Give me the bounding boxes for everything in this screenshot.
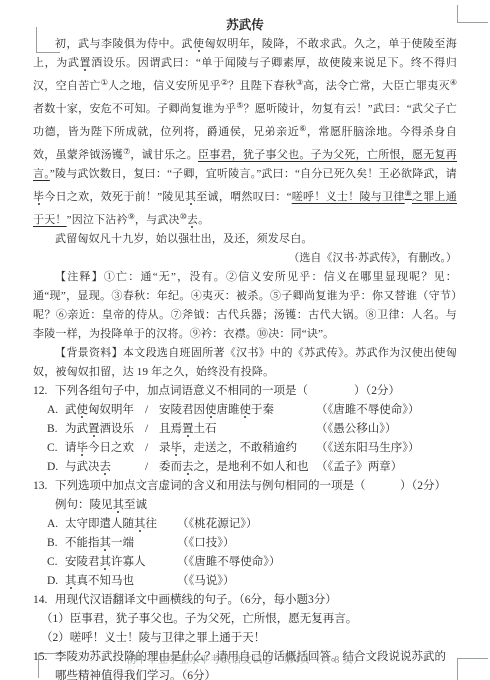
page-content: 苏武传 初，武与李陵俱为侍中。武使匈奴明年，陵降，不敢求武。久之，单于使陵至海上… — [33, 16, 457, 680]
option-source: （《口技》） — [177, 534, 235, 553]
option-phrase: 其真不知马也 — [65, 572, 177, 591]
option-label: B. — [47, 534, 65, 553]
option-label: D. — [47, 572, 65, 591]
option-label: D. — [47, 458, 65, 477]
option-source: （《送东阳马生序》） — [316, 439, 420, 458]
passage-source: （选自《汉书·苏武传》，有删改。） — [33, 249, 457, 268]
option-slash: / — [145, 401, 159, 420]
option-source: （《愚公移山》） — [316, 420, 397, 439]
option-source: （《桃花源记》） — [177, 515, 258, 534]
option-left-phrase: 请毕今日之欢 — [65, 439, 145, 458]
question-number: 14. — [33, 591, 55, 610]
question-number: 12. — [33, 382, 55, 401]
option-right-phrase: 录毕，走送之，不敢稍逾约 — [159, 439, 316, 458]
question-12: 12. 下列各组句子中，加点词语意义不相同的一项是（ ）（2分） A. 武使匈奴… — [33, 382, 457, 477]
question-12-stem: 12. 下列各组句子中，加点词语意义不相同的一项是（ ）（2分） — [33, 382, 457, 401]
option-left-phrase: 与武决去 — [65, 458, 145, 477]
option-source: （《唐雎不辱使命》） — [316, 401, 420, 420]
question-14-item-2: （2）嗟呼！义士！陵与卫律之罪上通于天！ — [33, 629, 457, 648]
question-13-option-a: A. 太守即遣人随其往 （《桃花源记》） — [33, 515, 457, 534]
option-slash: / — [145, 420, 159, 439]
option-source: （《孟子》两章） — [316, 458, 402, 477]
question-14-stem: 14. 用现代汉语翻译文中画横线的句子。（6分，每小题3分） — [33, 591, 457, 610]
question-14: 14. 用现代汉语翻译文中画横线的句子。（6分，每小题3分） （1）臣事君，犹子… — [33, 591, 457, 648]
option-source: （《唐雎不辱使命》） — [177, 553, 281, 572]
option-slash: / — [145, 439, 159, 458]
option-phrase: 太守即遣人随其往 — [65, 515, 177, 534]
option-label: A. — [47, 515, 65, 534]
question-number: 13. — [33, 477, 55, 496]
question-12-option-a: A. 武使匈奴明年 / 安陵君因使唐雎使于秦 （《唐雎不辱使命》） — [33, 401, 457, 420]
question-14-item-1: （1）臣事君，犹子事父也。子为父死，亡所恨，愿无复再言。 — [33, 610, 457, 629]
option-phrase: 不能指其一端 — [65, 534, 177, 553]
option-source: （《马说》） — [177, 572, 235, 591]
question-text: 用现代汉语翻译文中画横线的句子。（6分，每小题3分） — [55, 591, 457, 610]
question-13: 13. 下列选项中加点文言虚词的含义和用法与例句相同的一项是（ ）（2分） 例句… — [33, 477, 457, 591]
option-right-phrase: 安陵君因使唐雎使于秦 — [159, 401, 316, 420]
option-phrase: 安陵君其许寡人 — [65, 553, 177, 572]
question-12-option-d: D. 与武决去 / 委而去之，是地利不如人和也 （《孟子》两章） — [33, 458, 457, 477]
question-13-example: 例句：陵见其至诚 — [33, 496, 457, 515]
option-label: C. — [47, 553, 65, 572]
option-label: B. — [47, 420, 65, 439]
option-left-phrase: 为武置酒设乐 — [65, 420, 145, 439]
option-label: A. — [47, 401, 65, 420]
question-13-option-d: D. 其真不知马也 （《马说》） — [33, 572, 457, 591]
page-footer: 初中毕业学业水平考试语文试卷 第4页（共 8 页） — [0, 651, 490, 666]
notes-paragraph: 【注释】①亡：通“无”，没有。②信义安所见乎：信义在哪里显现呢？见：通“现”，显… — [33, 268, 457, 344]
crop-mark-top-right — [457, 5, 488, 23]
question-13-option-c: C. 安陵君其许寡人 （《唐雎不辱使命》） — [33, 553, 457, 572]
option-right-phrase: 且焉置土石 — [159, 420, 316, 439]
question-12-option-b: B. 为武置酒设乐 / 且焉置土石 （《愚公移山》） — [33, 420, 457, 439]
option-left-phrase: 武使匈奴明年 — [65, 401, 145, 420]
question-13-option-b: B. 不能指其一端 （《口技》） — [33, 534, 457, 553]
background-paragraph: 【背景资料】本文段选自班固所著《汉书》中的《苏武传》。苏武作为汉使出使匈奴，被匈… — [33, 344, 457, 382]
option-slash: / — [145, 458, 159, 477]
question-12-option-c: C. 请毕今日之欢 / 录毕，走送之，不敢稍逾约 （《送东阳马生序》） — [33, 439, 457, 458]
passage-title: 苏武传 — [33, 16, 457, 35]
question-13-stem: 13. 下列选项中加点文言虚词的含义和用法与例句相同的一项是（ ）（2分） — [33, 477, 457, 496]
exam-page: 苏武传 初，武与李陵俱为侍中。武使匈奴明年，陵降，不敢求武。久之，单于使陵至海上… — [0, 0, 490, 680]
passage-paragraph-1: 初，武与李陵俱为侍中。武使匈奴明年，陵降，不敢求武。久之，单于使陵至海上，为武置… — [33, 35, 457, 230]
option-label: C. — [47, 439, 65, 458]
question-text: 下列各组句子中，加点词语意义不相同的一项是（ ）（2分） — [55, 382, 457, 401]
passage-paragraph-2: 武留匈奴凡十九岁，始以强壮出，及还，须发尽白。 — [33, 230, 457, 249]
option-right-phrase: 委而去之，是地利不如人和也 — [159, 458, 316, 477]
question-text: 下列选项中加点文言虚词的含义和用法与例句相同的一项是（ ）（2分） — [55, 477, 457, 496]
